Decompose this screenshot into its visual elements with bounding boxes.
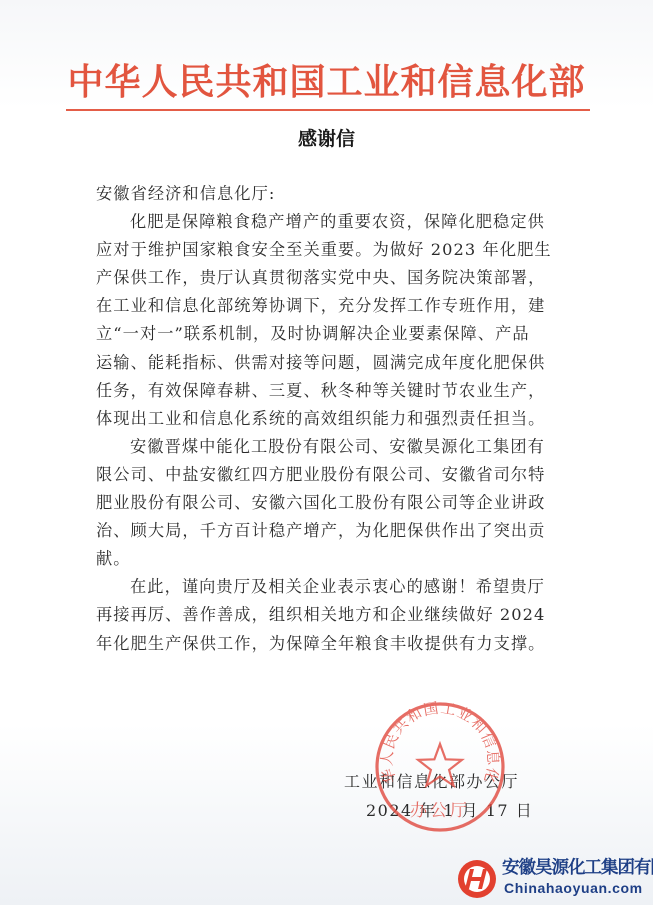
ministry-masthead: 中华人民共和国工业和信息化部 bbox=[0, 62, 653, 102]
seal-bottom-text: 办公厅 bbox=[410, 801, 470, 821]
svg-text:中华人民共和国工业和信息化部: 中华人民共和国工业和信息化部 bbox=[373, 700, 502, 786]
haoyuan-logo-icon bbox=[456, 858, 498, 900]
letter-title: 感谢信 bbox=[0, 126, 653, 152]
text-line: 任务，有效保障春耕、三夏、秋冬种等关键时节农业生产， bbox=[96, 377, 562, 405]
text-line: 在工业和信息化部统筹协调下，充分发挥工作专班作用，建 bbox=[96, 292, 562, 320]
paragraph-3: 在此，谨向贵厅及相关企业表示衷心的感谢！希望贵厅 再接再厉、善作善成，组织相关地… bbox=[96, 573, 562, 657]
paragraph-2: 安徽晋煤中能化工股份有限公司、安徽昊源化工集团有 限公司、中盐安徽红四方肥业股份… bbox=[96, 433, 562, 573]
salutation: 安徽省经济和信息化厅: bbox=[96, 180, 562, 208]
watermark-url: Chinahaoyuan.com bbox=[504, 879, 643, 897]
text-line: 限公司、中盐安徽红四方肥业股份有限公司、安徽省司尔特 bbox=[96, 461, 562, 489]
paragraph-1: 化肥是保障粮食稳产增产的重要农资，保障化肥稳定供 应对于维护国家粮食安全至关重要… bbox=[96, 208, 562, 433]
star-icon bbox=[418, 744, 462, 786]
letter-body: 安徽省经济和信息化厅: 化肥是保障粮食稳产增产的重要农资，保障化肥稳定供 应对于… bbox=[96, 180, 562, 658]
text-line: 安徽晋煤中能化工股份有限公司、安徽昊源化工集团有 bbox=[96, 433, 562, 461]
text-line: 再接再厉、善作善成，组织相关地方和企业继续做好 2024 bbox=[96, 601, 562, 629]
text-line: 年化肥生产保供工作，为保障全年粮食丰收提供有力支撑。 bbox=[96, 630, 562, 658]
seal-ring-text: 中华人民共和国工业和信息化部 bbox=[373, 700, 502, 786]
watermark-company-name: 安徽昊源化工集团有限公司 bbox=[502, 857, 653, 879]
text-line: 治、顾大局，千方百计稳产增产，为化肥保供作出了突出贡 bbox=[96, 517, 562, 545]
text-line: 运输、能耗指标、供需对接等问题，圆满完成年度化肥保供 bbox=[96, 349, 562, 377]
text-line: 体现出工业和信息化系统的高效组织能力和强烈责任担当。 bbox=[96, 405, 562, 433]
text-line: 在此，谨向贵厅及相关企业表示衷心的感谢！希望贵厅 bbox=[96, 573, 562, 601]
text-line: 化肥是保障粮食稳产增产的重要农资，保障化肥稳定供 bbox=[96, 208, 562, 236]
text-line: 产保供工作，贵厅认真贯彻落实党中央、国务院决策部署， bbox=[96, 264, 562, 292]
masthead-divider bbox=[66, 109, 590, 111]
company-watermark: 安徽昊源化工集团有限公司 Chinahaoyuan.com bbox=[456, 855, 653, 901]
official-seal-icon: 中华人民共和国工业和信息化部 办公厅 bbox=[373, 700, 507, 834]
text-line: 献。 bbox=[96, 545, 562, 573]
text-line: 肥业股份有限公司、安徽六国化工股份有限公司等企业讲政 bbox=[96, 489, 562, 517]
text-line: 应对于维护国家粮食安全至关重要。为做好 2023 年化肥生 bbox=[96, 236, 562, 264]
text-line: 立“一对一”联系机制，及时协调解决企业要素保障、产品 bbox=[96, 320, 562, 348]
